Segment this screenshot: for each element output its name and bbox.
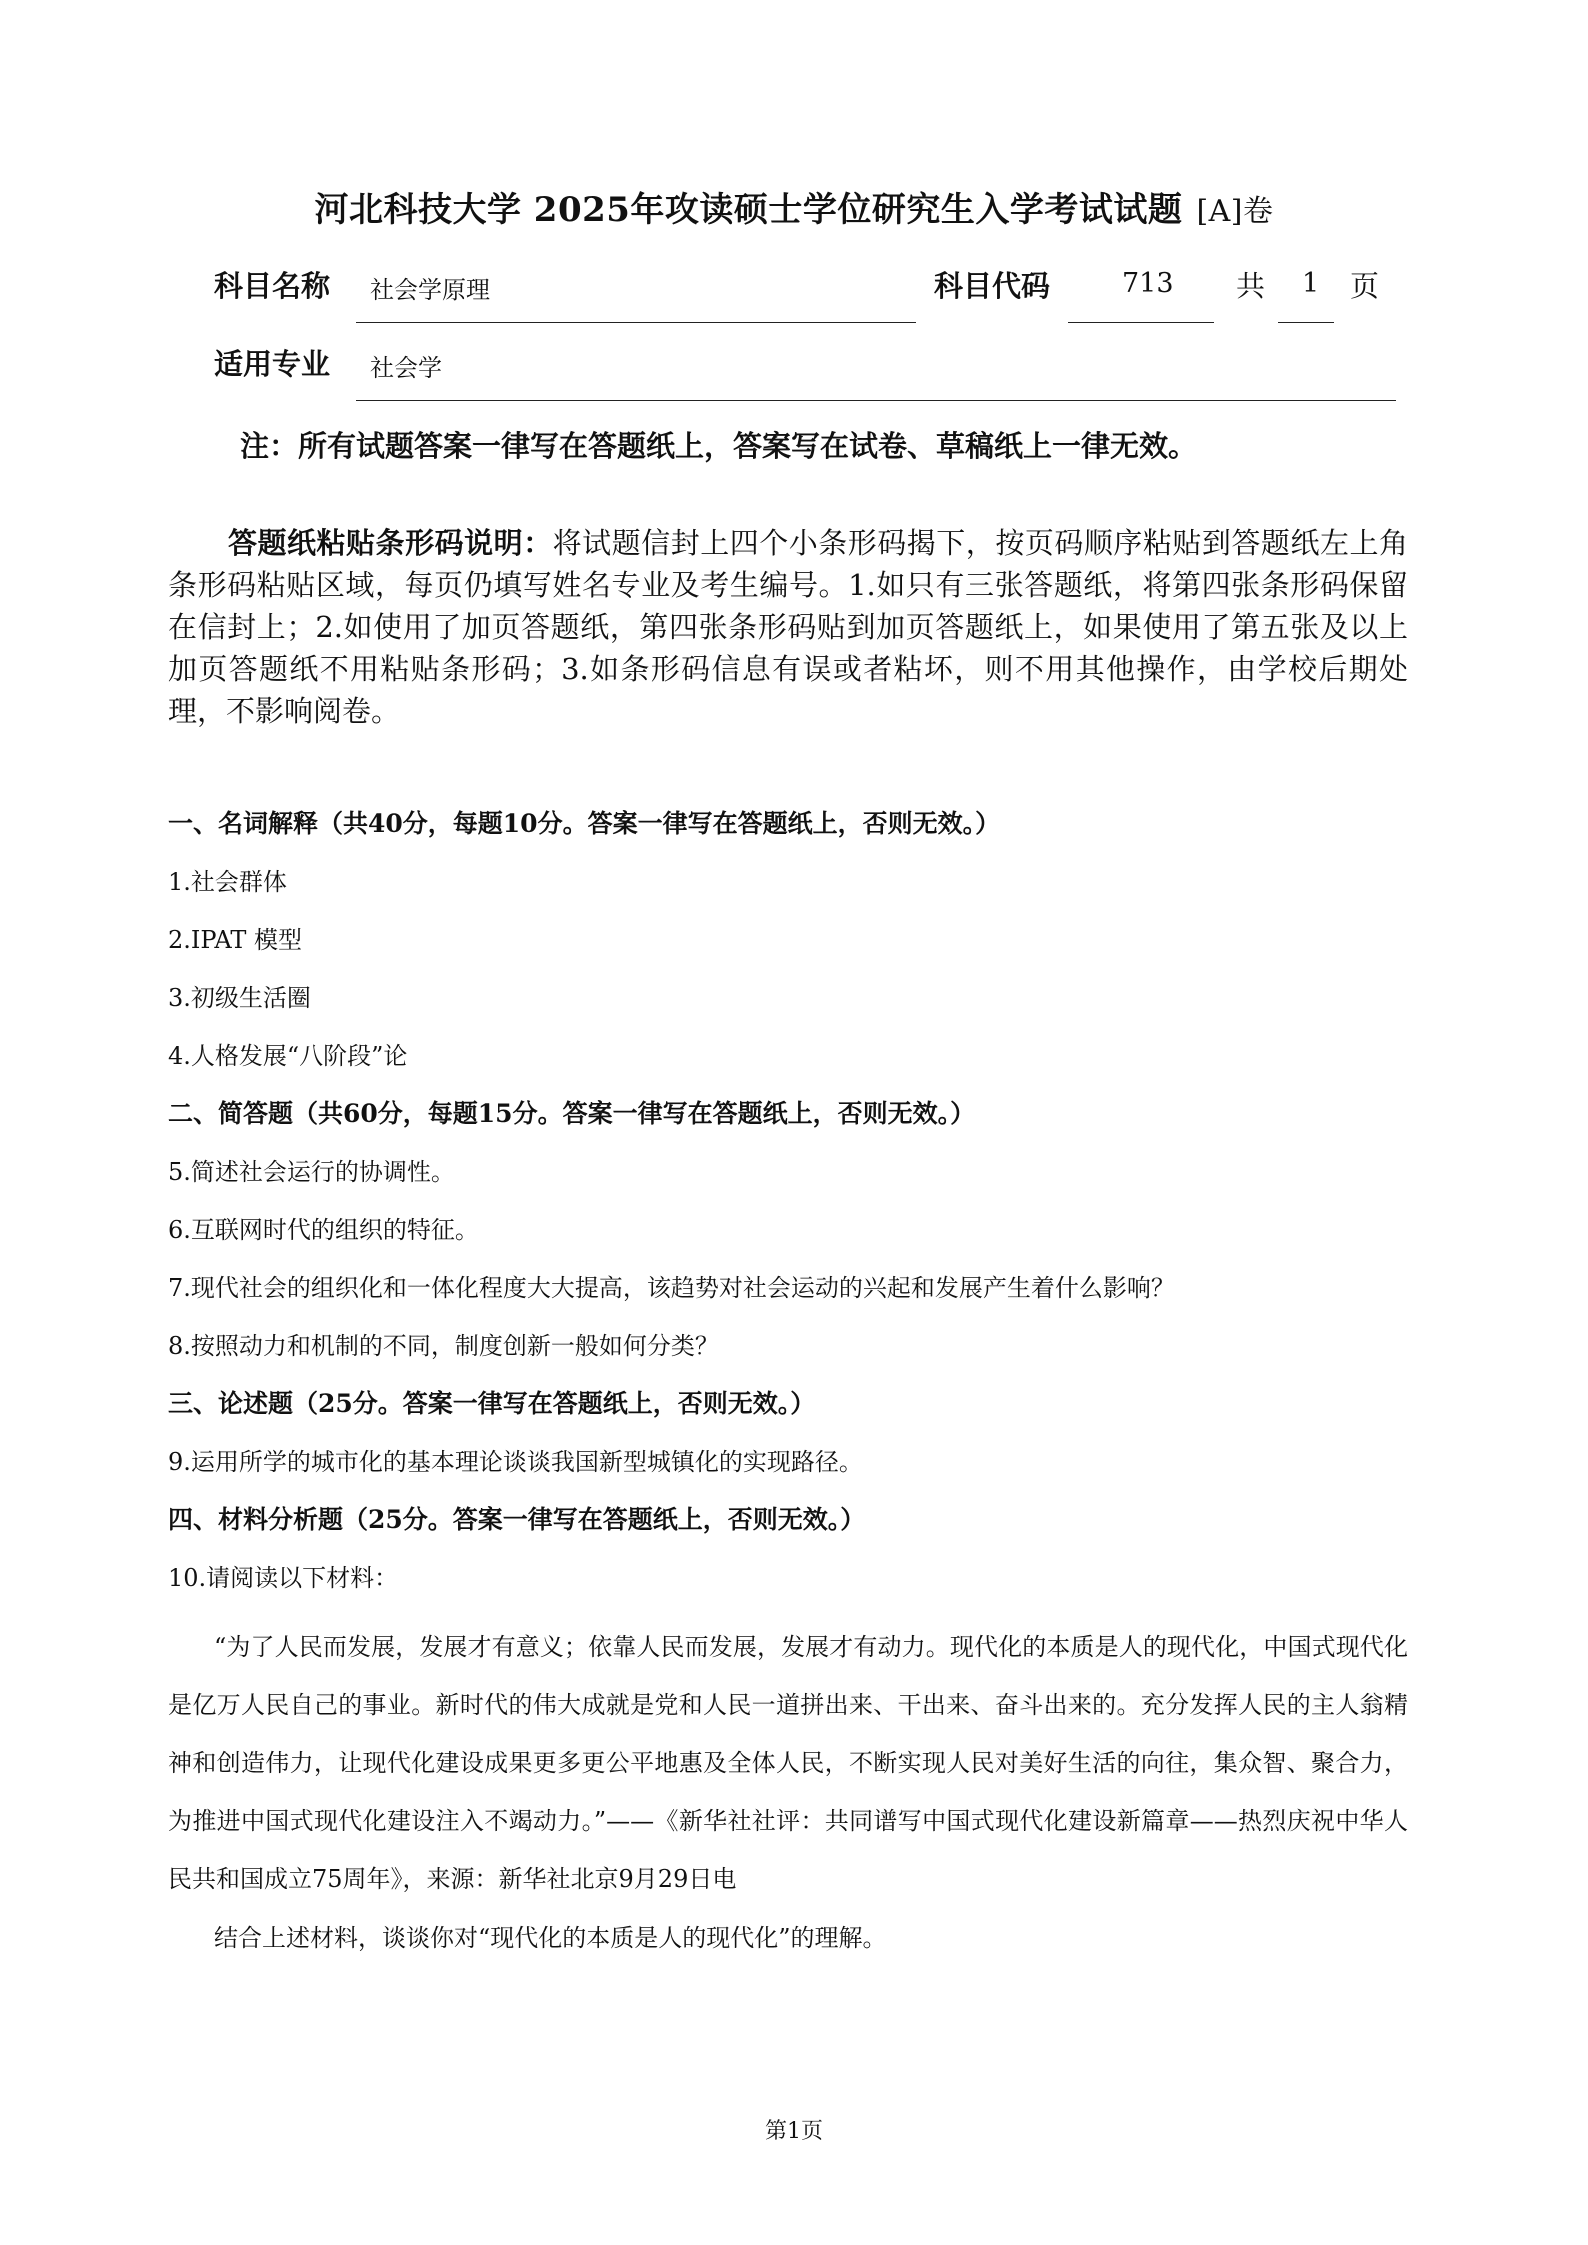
total-label: 共 [1236,264,1265,305]
pages-unit: 页 [1350,264,1379,305]
major-underline [356,400,1396,401]
total-pages-value: 1 [1302,268,1319,299]
major-value: 社会学 [370,348,442,383]
page-number: 第1页 [0,2114,1588,2145]
exam-title: 河北科技大学 2025年攻读硕士学位研究生入学考试试题[A]卷 [0,182,1588,231]
barcode-heading: 答题纸粘贴条形码说明： [228,526,553,560]
question-6: 6.互联网时代的组织的特征。 [168,1210,479,1245]
exam-title-text: 河北科技大学 2025年攻读硕士学位研究生入学考试试题 [314,190,1182,230]
question-7: 7.现代社会的组织化和一体化程度大大提高，该趋势对社会运动的兴起和发展产生着什么… [168,1268,1175,1303]
subject-code-value: 713 [1122,268,1174,299]
reading-material: “为了人民而发展，发展才有意义；依靠人民而发展，发展才有动力。现代化的本质是人的… [168,1618,1408,1908]
question-10: 10.请阅读以下材料： [168,1558,398,1593]
question-9: 9.运用所学的城市化的基本理论谈谈我国新型城镇化的实现路径。 [168,1442,863,1477]
question-2: 2.IPAT 模型 [168,920,302,955]
question-3: 3.初级生活圈 [168,978,311,1013]
total-pages-underline [1278,322,1334,323]
subject-code-label: 科目代码 [934,264,1050,305]
answer-notice: 注：所有试题答案一律写在答题纸上，答案写在试卷、草稿纸上一律无效。 [240,424,1197,465]
subject-name-underline [356,322,916,323]
question-10-prompt: 结合上述材料，谈谈你对“现代化的本质是人的现代化”的理解。 [214,1918,887,1953]
question-1: 1.社会群体 [168,862,287,897]
section-1-heading: 一、名词解释（共40分，每题10分。答案一律写在答题纸上，否则无效。） [168,804,1000,840]
major-label: 适用专业 [214,342,330,383]
subject-code-underline [1068,322,1214,323]
section-4-heading: 四、材料分析题（25分。答案一律写在答题纸上，否则无效。） [168,1500,865,1536]
question-5: 5.简述社会运行的协调性。 [168,1152,455,1187]
section-3-heading: 三、论述题（25分。答案一律写在答题纸上，否则无效。） [168,1384,815,1420]
paper-version-tag: [A]卷 [1196,194,1273,229]
question-4: 4.人格发展“八阶段”论 [168,1036,407,1071]
question-8: 8.按照动力和机制的不同，制度创新一般如何分类？ [168,1326,719,1361]
section-2-heading: 二、简答题（共60分，每题15分。答案一律写在答题纸上，否则无效。） [168,1094,975,1130]
barcode-instructions: 答题纸粘贴条形码说明：将试题信封上四个小条形码揭下，按页码顺序粘贴到答题纸左上角… [168,522,1408,732]
subject-name-label: 科目名称 [214,264,330,305]
subject-name-value: 社会学原理 [370,270,490,305]
